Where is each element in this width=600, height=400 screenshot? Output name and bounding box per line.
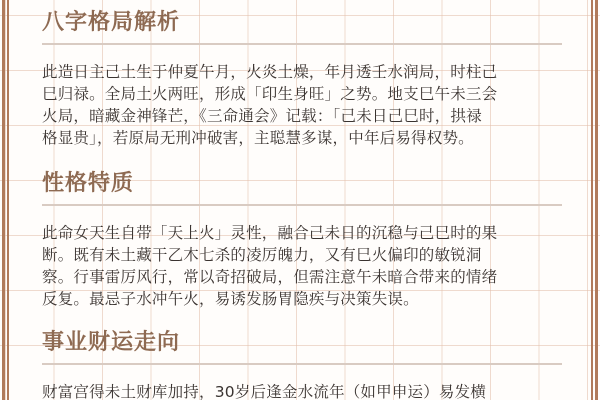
section-divider <box>42 363 562 365</box>
section-body-bazi-analysis: 此造日主己土生于仲夏午月，火炎土燥，年月透壬水润局，时柱己 巳归禄。全局土火两旺… <box>42 61 562 149</box>
right-border-inner <box>591 0 593 400</box>
text-line: 巳归禄。全局土火两旺，形成「印生身旺」之势。地支巳午未三会 <box>42 83 562 105</box>
text-line: 此命女天生自带「天上火」灵性，融合己未日的沉稳与己巳时的果 <box>42 222 562 244</box>
section-body-personality: 此命女天生自带「天上火」灵性，融合己未日的沉稳与己巳时的果 断。既有未土藏干乙木… <box>42 222 562 310</box>
text-line: 反复。最忌子水冲午火，易诱发肠胃隐疾与决策失误。 <box>42 288 562 310</box>
left-border-inner <box>7 0 9 400</box>
section-divider <box>42 204 562 206</box>
section-body-career-wealth: 财富宫得未土财库加持，30岁后逢金水流年（如甲申运）易发横 <box>42 381 562 400</box>
section-title-bazi-analysis: 八字格局解析 <box>42 9 180 37</box>
text-line: 察。行事雷厉风行，常以奇招破局，但需注意午未暗合带来的情绪 <box>42 266 562 288</box>
section-title-personality: 性格特质 <box>42 170 134 198</box>
left-border-outer <box>2 0 5 400</box>
text-line: 格显贵」，若原局无刑冲破害，主聪慧多谋，中年后易得权势。 <box>42 127 562 149</box>
grid-paper-background: 八字格局解析 此造日主己土生于仲夏午月，火炎土燥，年月透壬水润局，时柱己 巳归禄… <box>0 0 600 400</box>
right-border-outer <box>595 0 598 400</box>
section-divider <box>42 43 562 45</box>
text-line: 财富宫得未土财库加持，30岁后逢金水流年（如甲申运）易发横 <box>42 381 562 400</box>
section-title-career-wealth: 事业财运走向 <box>42 329 180 357</box>
text-line: 火局，暗藏金神锋芒，《三命通会》记载：「己未日己巳时，拱禄 <box>42 105 562 127</box>
text-line: 断。既有未土藏干乙木七杀的凌厉魄力，又有巳火偏印的敏锐洞 <box>42 244 562 266</box>
text-line: 此造日主己土生于仲夏午月，火炎土燥，年月透壬水润局，时柱己 <box>42 61 562 83</box>
